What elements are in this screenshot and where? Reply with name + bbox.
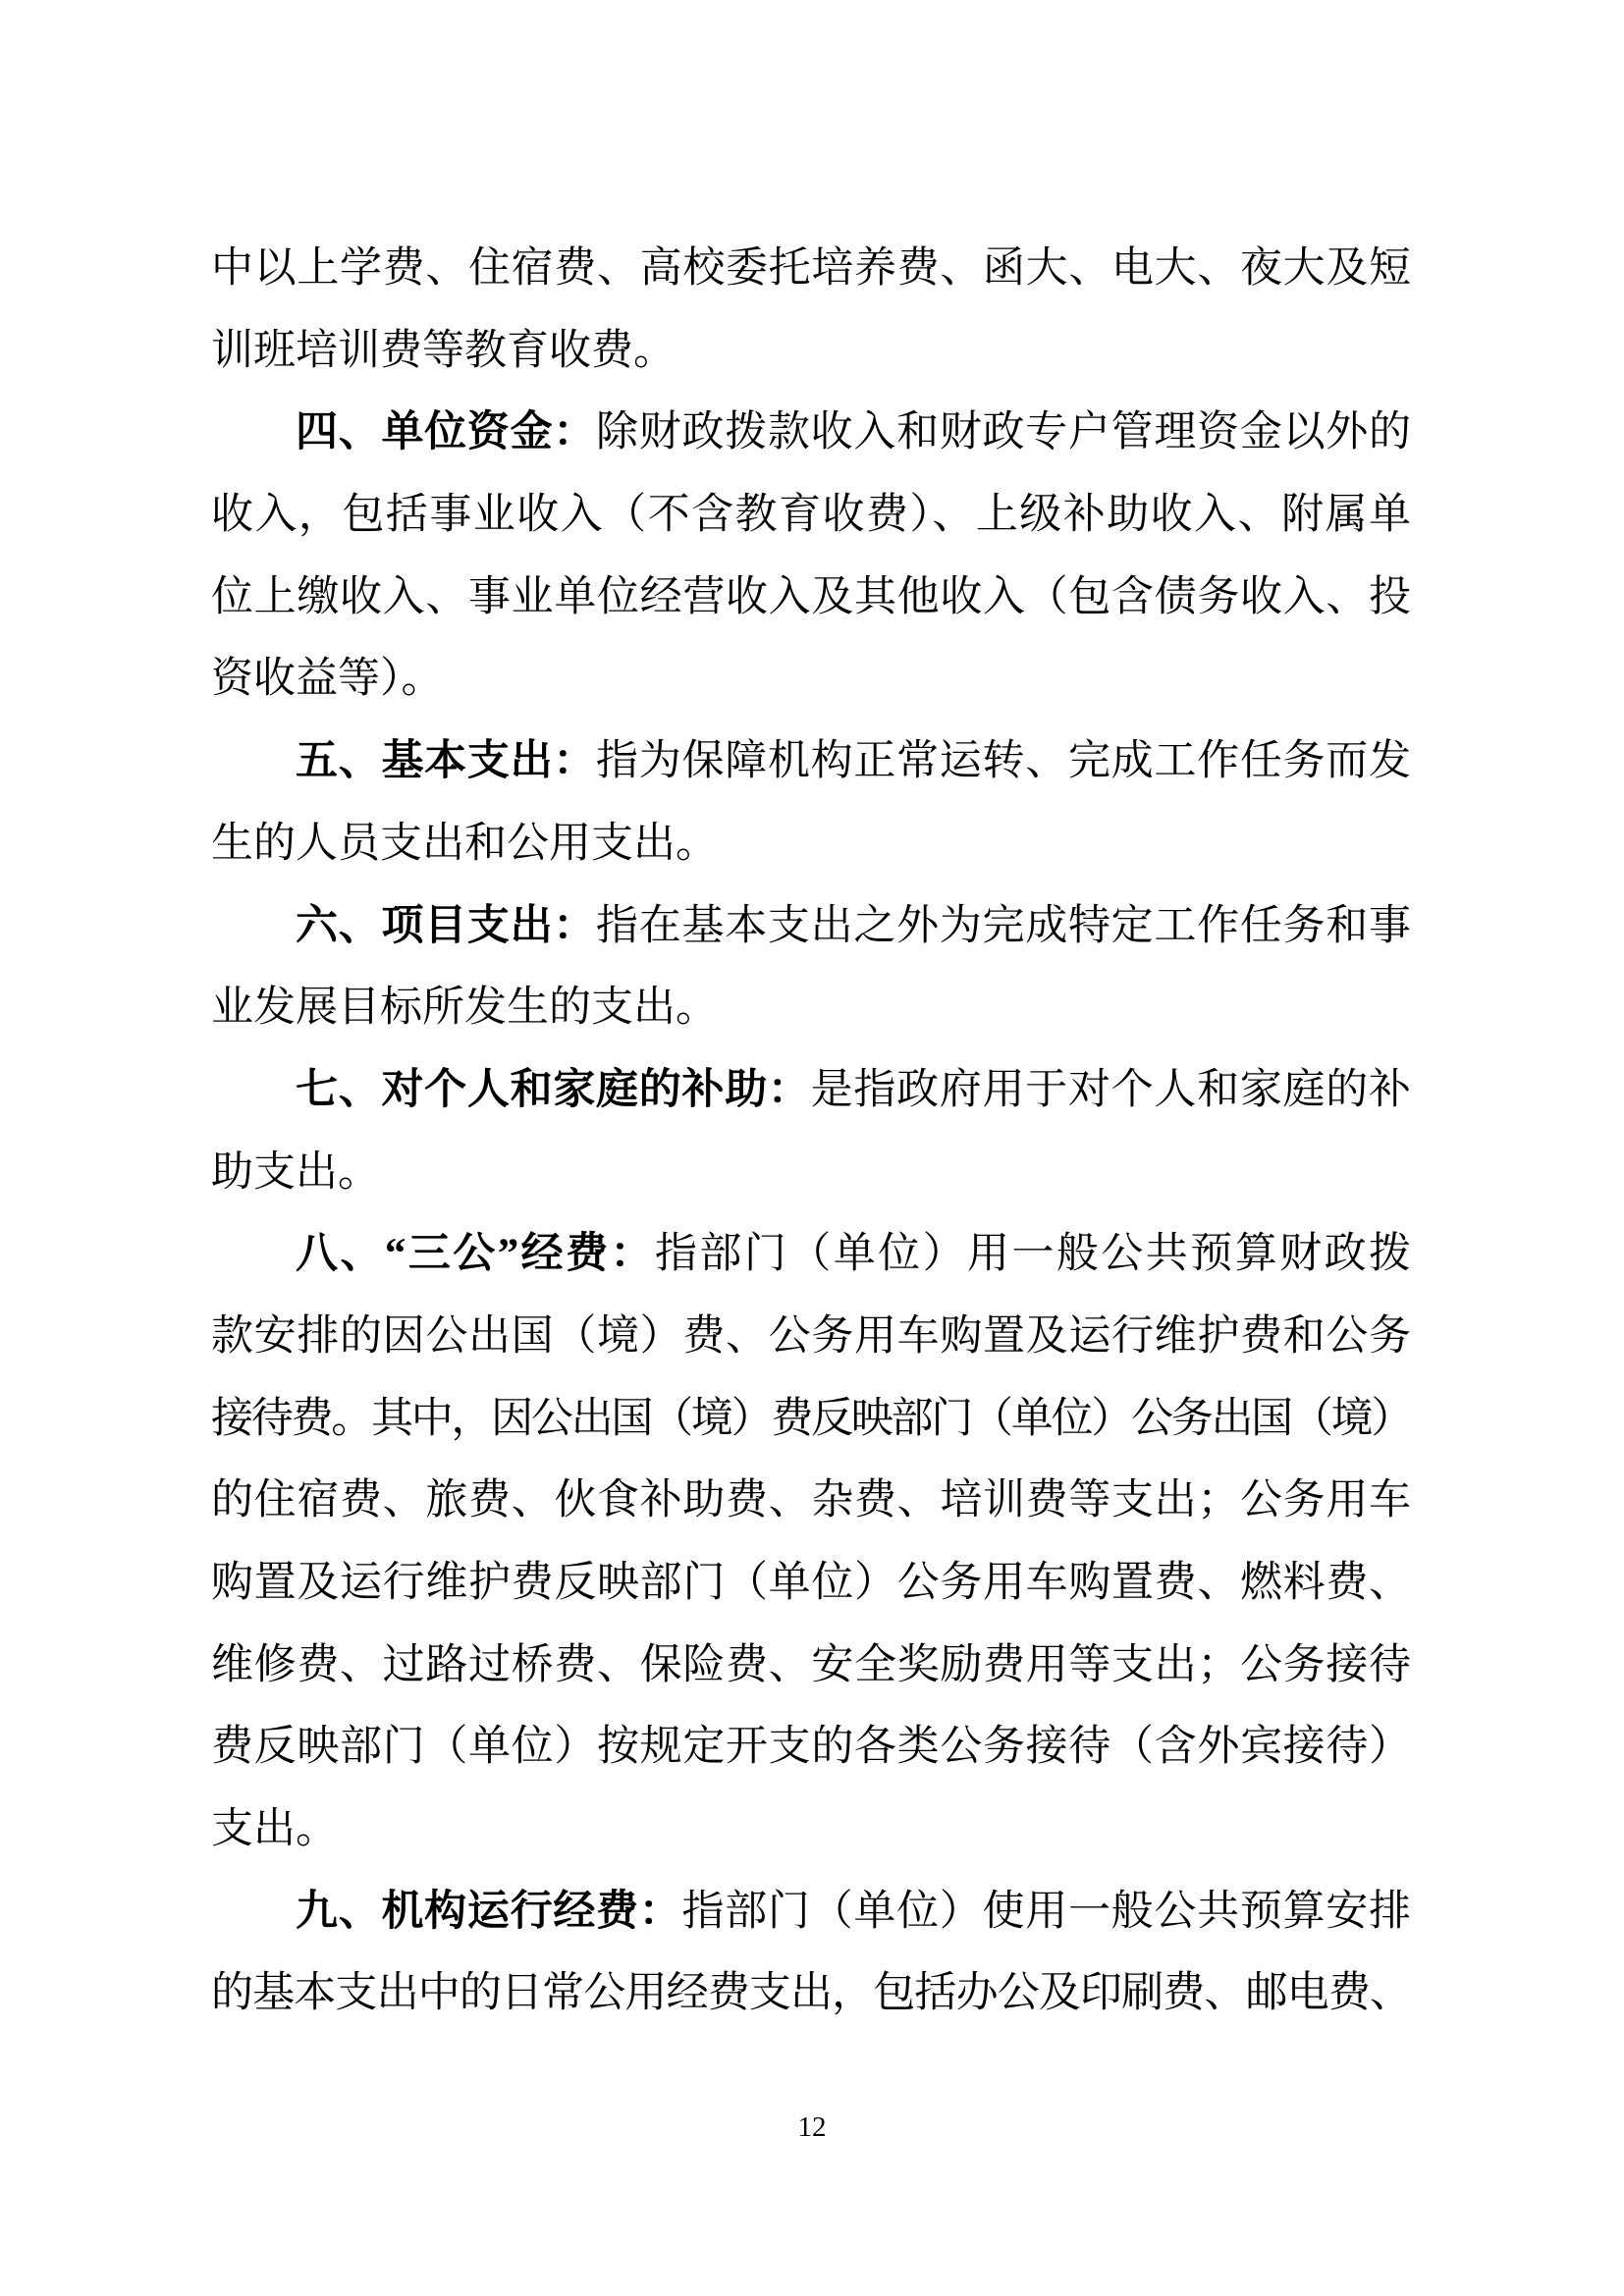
line-text: 支出。	[211, 1806, 338, 1852]
line-text: 除财政拨款收入和财政专户管理资金以外的	[596, 409, 1411, 455]
line-text: 是指政府用于对个人和家庭的补	[811, 1067, 1411, 1113]
line-text: 位上缴收入、事业单位经营收入及其他收入（包含债务收入、投	[211, 574, 1411, 620]
body-text-line: 的基本支出中的日常公用经费支出，包括办公及印刷费、邮电费、	[211, 1952, 1411, 2035]
body-text-line: 八、“三公”经费：指部门（单位）用一般公共预算财政拨	[211, 1213, 1411, 1296]
body-text-line: 中以上学费、住宿费、高校委托培养费、函大、电大、夜大及短	[211, 228, 1411, 310]
line-text: 收入，包括事业收入（不含教育收费）、上级补助收入、附属单	[211, 492, 1411, 538]
line-text: 购置及运行维护费反映部门（单位）公务用车购置费、燃料费、	[211, 1560, 1411, 1606]
body-text-line: 支出。	[211, 1789, 1411, 1871]
body-text-line: 助支出。	[211, 1132, 1411, 1214]
term-label: 五、基本支出：	[296, 738, 596, 784]
body-text-line: 九、机构运行经费：指部门（单位）使用一般公共预算安排	[211, 1871, 1411, 1953]
term-label: 八、“三公”经费：	[296, 1231, 655, 1277]
body-text-line: 生的人员支出和公用支出。	[211, 803, 1411, 885]
body-text-line: 购置及运行维护费反映部门（单位）公务用车购置费、燃料费、	[211, 1542, 1411, 1625]
line-text: 指部门（单位）用一般公共预算财政拨	[655, 1231, 1411, 1277]
body-text-line: 费反映部门（单位）按规定开支的各类公务接待（含外宾接待）	[211, 1706, 1411, 1789]
line-text: 维修费、过路过桥费、保险费、安全奖励费用等支出；公务接待	[211, 1642, 1411, 1688]
body-text-line: 五、基本支出：指为保障机构正常运转、完成工作任务而发	[211, 721, 1411, 803]
document-text-body: 中以上学费、住宿费、高校委托培养费、函大、电大、夜大及短 训班培训费等教育收费。…	[211, 228, 1411, 2035]
line-text: 指在基本支出之外为完成特定工作任务和事	[596, 903, 1411, 949]
body-text-line: 位上缴收入、事业单位经营收入及其他收入（包含债务收入、投	[211, 557, 1411, 639]
line-text: 业发展目标所发生的支出。	[211, 985, 718, 1031]
line-text: 训班培训费等教育收费。	[211, 328, 676, 374]
line-text: 款安排的因公出国（境）费、公务用车购置及运行维护费和公务	[211, 1313, 1411, 1360]
body-text-line: 的住宿费、旅费、伙食补助费、杂费、培训费等支出；公务用车	[211, 1460, 1411, 1542]
line-text: 助支出。	[211, 1149, 380, 1196]
document-page: 中以上学费、住宿费、高校委托培养费、函大、电大、夜大及短 训班培训费等教育收费。…	[0, 0, 1624, 2296]
line-text: 的基本支出中的日常公用经费支出，包括办公及印刷费、邮电费、	[211, 1970, 1411, 2016]
page-number: 12	[0, 2107, 1624, 2148]
line-text: 接待费。其中，因公出国（境）费反映部门（单位）公务出国（境）	[211, 1396, 1411, 1442]
term-label: 七、对个人和家庭的补助：	[296, 1067, 811, 1113]
body-text-line: 维修费、过路过桥费、保险费、安全奖励费用等支出；公务接待	[211, 1625, 1411, 1707]
body-text-line: 收入，包括事业收入（不含教育收费）、上级补助收入、附属单	[211, 474, 1411, 557]
line-text: 资收益等）。	[211, 656, 444, 702]
body-text-line: 业发展目标所发生的支出。	[211, 967, 1411, 1049]
line-text: 中以上学费、住宿费、高校委托培养费、函大、电大、夜大及短	[211, 245, 1411, 292]
line-text: 指为保障机构正常运转、完成工作任务而发	[596, 738, 1411, 784]
line-text: 费反映部门（单位）按规定开支的各类公务接待（含外宾接待）	[211, 1724, 1411, 1770]
body-text-line: 六、项目支出：指在基本支出之外为完成特定工作任务和事	[211, 885, 1411, 968]
body-text-line: 七、对个人和家庭的补助：是指政府用于对个人和家庭的补	[211, 1049, 1411, 1132]
term-label: 四、单位资金：	[296, 409, 596, 455]
body-text-line: 款安排的因公出国（境）费、公务用车购置及运行维护费和公务	[211, 1296, 1411, 1378]
term-label: 六、项目支出：	[296, 903, 596, 949]
line-text: 的住宿费、旅费、伙食补助费、杂费、培训费等支出；公务用车	[211, 1477, 1411, 1523]
body-text-line: 训班培训费等教育收费。	[211, 310, 1411, 393]
line-text: 指部门（单位）使用一般公共预算安排	[681, 1889, 1411, 1935]
body-text-line: 四、单位资金：除财政拨款收入和财政专户管理资金以外的	[211, 392, 1411, 474]
line-text: 生的人员支出和公用支出。	[211, 821, 718, 867]
term-label: 九、机构运行经费：	[296, 1889, 681, 1935]
body-text-line: 资收益等）。	[211, 638, 1411, 721]
body-text-line: 接待费。其中，因公出国（境）费反映部门（单位）公务出国（境）	[211, 1378, 1411, 1461]
